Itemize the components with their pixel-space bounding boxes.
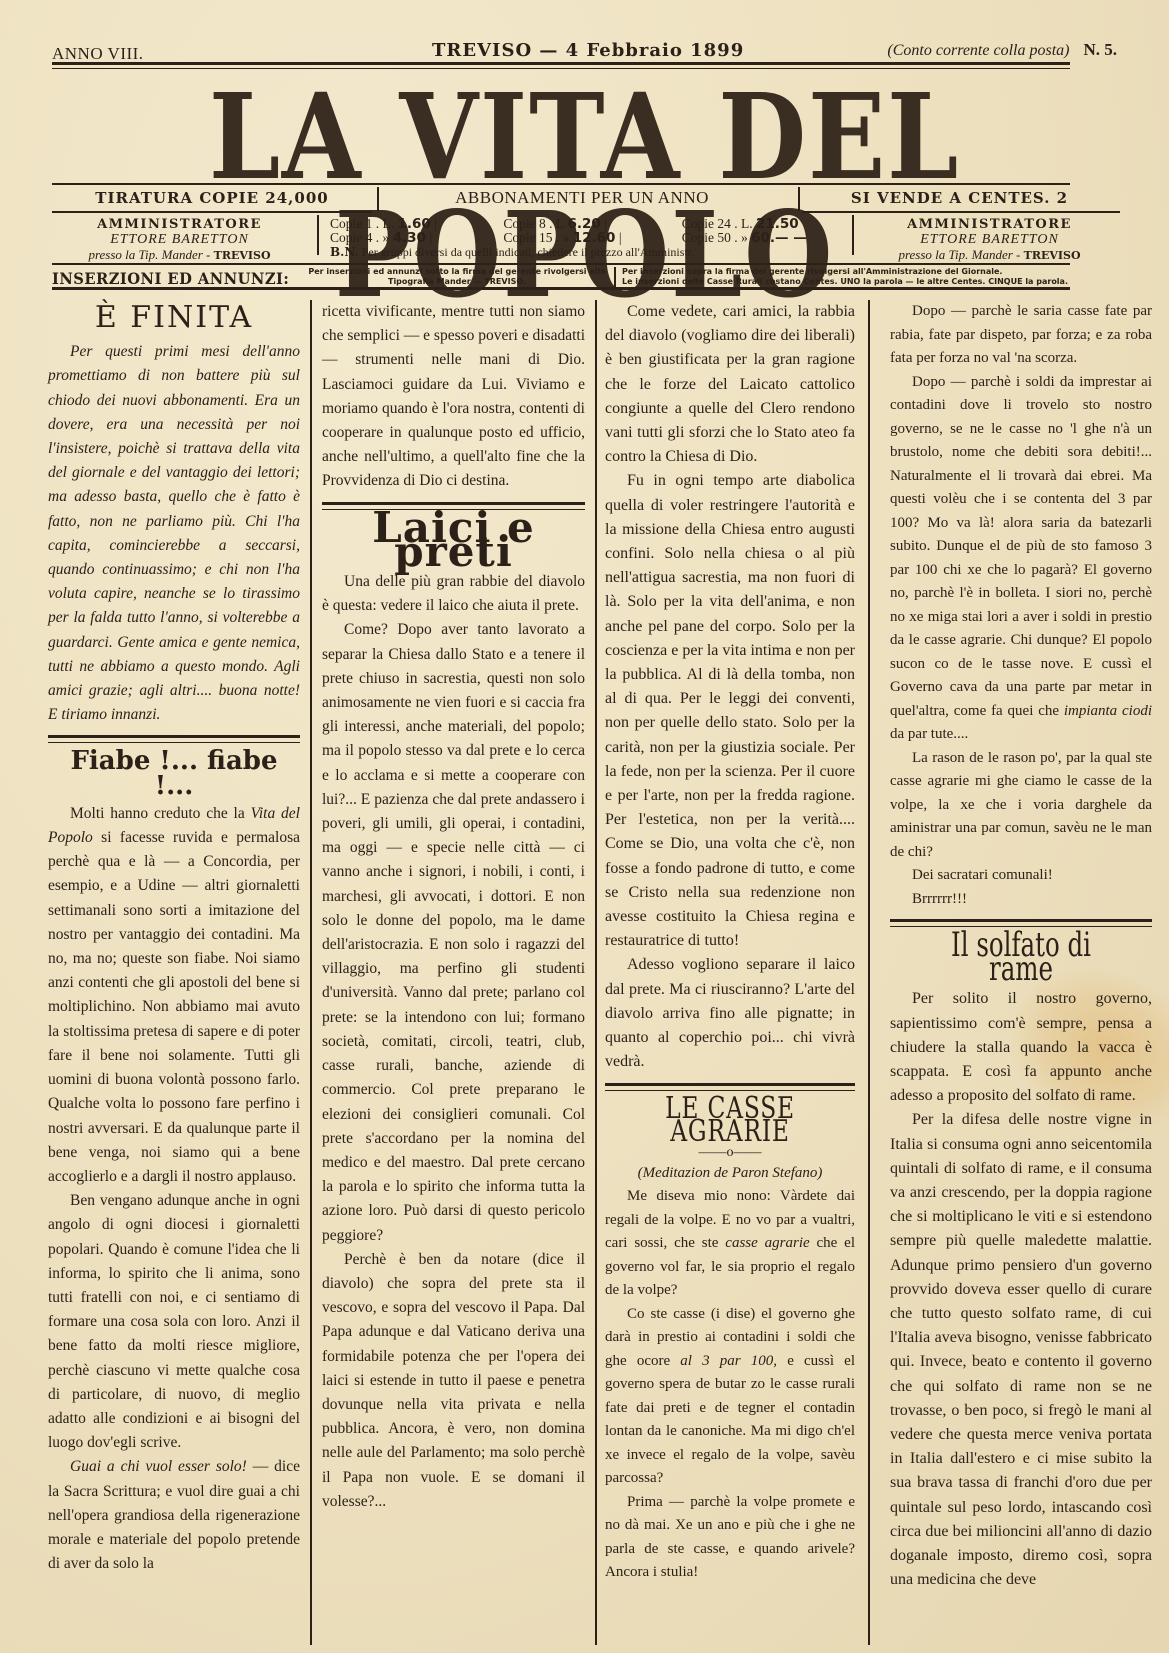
price-row: Copie 4 . » 4.30 | Copie 15 . » 12.60 | … <box>330 231 840 245</box>
article-paragraph: Per solito il nostro governo, sapientiss… <box>890 987 1152 1108</box>
article-fiabe: Fiabe !... fiabe !... Molti hanno credut… <box>48 749 300 1576</box>
divider <box>52 263 1070 265</box>
article-paragraph: Me diseva mio nono: Vàrdete dai regali d… <box>605 1185 855 1303</box>
divider <box>802 211 1120 213</box>
article-paragraph: Come vedete, cari amici, la rabbia del d… <box>605 300 855 469</box>
price-per-copy: SI VENDE A CENTES. 2 <box>802 189 1117 207</box>
administrator-left: AMMINISTRATORE ETTORE BARETTON presso la… <box>52 217 307 263</box>
issue-info: (Conto corrente colla posta) N. 5. <box>887 40 1117 60</box>
subscription-prices: Copie 1 . L. 1.60 | Copie 8 . L 6.20 | C… <box>330 217 840 259</box>
article-paragraph: Dopo — parchè le saria casse fate par ra… <box>890 300 1152 371</box>
article-title: Laici e preti <box>322 516 585 564</box>
article-solfato: Il solfato di rame Per solito il nostro … <box>890 933 1152 1592</box>
article-paragraph: La rason de le rason po', par la qual st… <box>890 747 1152 865</box>
article-finita: È FINITA Per questi primi mesi dell'anno… <box>48 306 300 727</box>
article-continuation: ricetta vivificante, mentre tutti non si… <box>322 300 585 494</box>
article-paragraph: Guai a chi vuol esser solo! — dice la Sa… <box>48 1455 300 1576</box>
article-title: È FINITA <box>48 306 300 330</box>
advertising-info: INSERZIONI ED ANNUNZI: Per inserzioni ed… <box>52 267 1121 289</box>
divider <box>377 187 379 211</box>
column-4: Dopo — parchè le saria casse fate par ra… <box>890 300 1152 1592</box>
ads-label: INSERZIONI ED ANNUNZI: <box>52 269 289 288</box>
article-title: Il solfato di rame <box>927 933 1116 981</box>
ads-note-right: Per inserzioni sopra la firma del gerent… <box>622 267 1122 287</box>
group-pricing-note: B.N. Per gruppi diversi da quelli indica… <box>330 245 840 259</box>
divider <box>852 215 854 255</box>
newspaper-page: ANNO VIII. TREVISO — 4 Febbraio 1899 (Co… <box>0 0 1169 1653</box>
place-date: TREVISO — 4 Febbraio 1899 <box>432 40 744 61</box>
article-paragraph: Prima — parchè la volpe promete e no dà … <box>605 1491 855 1585</box>
divider <box>798 187 800 211</box>
administrator-right: AMMINISTRATORE ETTORE BARETTON presso la… <box>862 217 1117 263</box>
header-bottom-rule <box>52 287 1070 290</box>
article-body: Per questi primi mesi dell'anno prometti… <box>48 340 300 727</box>
article-paragraph: Adesso vogliono separare il laico dal pr… <box>605 953 855 1074</box>
article-title: LE CASSE AGRARIE <box>633 1097 828 1144</box>
divider <box>317 215 319 255</box>
subscriptions-title: ABBONAMENTI PER UN ANNO <box>382 188 782 208</box>
subscription-bar: TIRATURA COPIE 24,000 ABBONAMENTI PER UN… <box>52 183 1117 278</box>
column-divider <box>868 300 870 1645</box>
article-paragraph: Brrrrrr!!! <box>890 888 1152 912</box>
postal-account: (Conto corrente colla posta) <box>887 42 1069 59</box>
circulation: TIRATURA COPIE 24,000 <box>52 189 372 207</box>
article-paragraph: Una delle più gran rabbie del diavolo è … <box>322 570 585 618</box>
article-separator <box>605 1083 855 1091</box>
column-3: Come vedete, cari amici, la rabbia del d… <box>605 300 855 1585</box>
article-paragraph: Co ste casse (i dise) el governo ghe dar… <box>605 1303 855 1491</box>
article-separator <box>48 735 300 743</box>
price-row: Copie 1 . L. 1.60 | Copie 8 . L 6.20 | C… <box>330 217 840 231</box>
column-2: ricetta vivificante, mentre tutti non si… <box>322 300 585 1514</box>
article-paragraph: Dopo — parchè i soldi da imprestar ai co… <box>890 371 1152 747</box>
divider <box>52 211 372 213</box>
article-paragraph: Perchè è ben da notare (dice il diavolo)… <box>322 1248 585 1514</box>
column-1: È FINITA Per questi primi mesi dell'anno… <box>48 300 300 1576</box>
column-divider <box>310 300 312 1645</box>
article-paragraph: Per la difesa delle nostre vigne in Ital… <box>890 1108 1152 1592</box>
ads-note-left: Per inserzioni ed annunzi sotto la firma… <box>307 267 607 287</box>
article-casse-agrarie: LE CASSE AGRARIE ——o—— (Meditazion de Pa… <box>605 1097 855 1585</box>
article-laici: Laici e preti Una delle più gran rabbie … <box>322 516 585 1514</box>
article-title: Fiabe !... fiabe !... <box>48 749 300 797</box>
article-paragraph: Molti hanno creduto che la Vita del Popo… <box>48 802 300 1189</box>
issue-number: N. 5. <box>1083 40 1117 59</box>
article-paragraph: Dei sacratari comunali! <box>890 864 1152 888</box>
article-byline: (Meditazion de Paron Stefano) <box>605 1162 855 1186</box>
volume-year: ANNO VIII. <box>52 44 144 64</box>
dateline: ANNO VIII. TREVISO — 4 Febbraio 1899 (Co… <box>52 36 1117 60</box>
column-divider <box>595 300 597 1645</box>
article-paragraph: Ben vengano adunque anche in ogni angolo… <box>48 1189 300 1455</box>
top-rule <box>52 62 1070 65</box>
divider <box>614 267 616 287</box>
article-paragraph: Come? Dopo aver tanto lavorato a separar… <box>322 618 585 1247</box>
article-paragraph: Fu in ogni tempo arte diabolica quella d… <box>605 469 855 953</box>
